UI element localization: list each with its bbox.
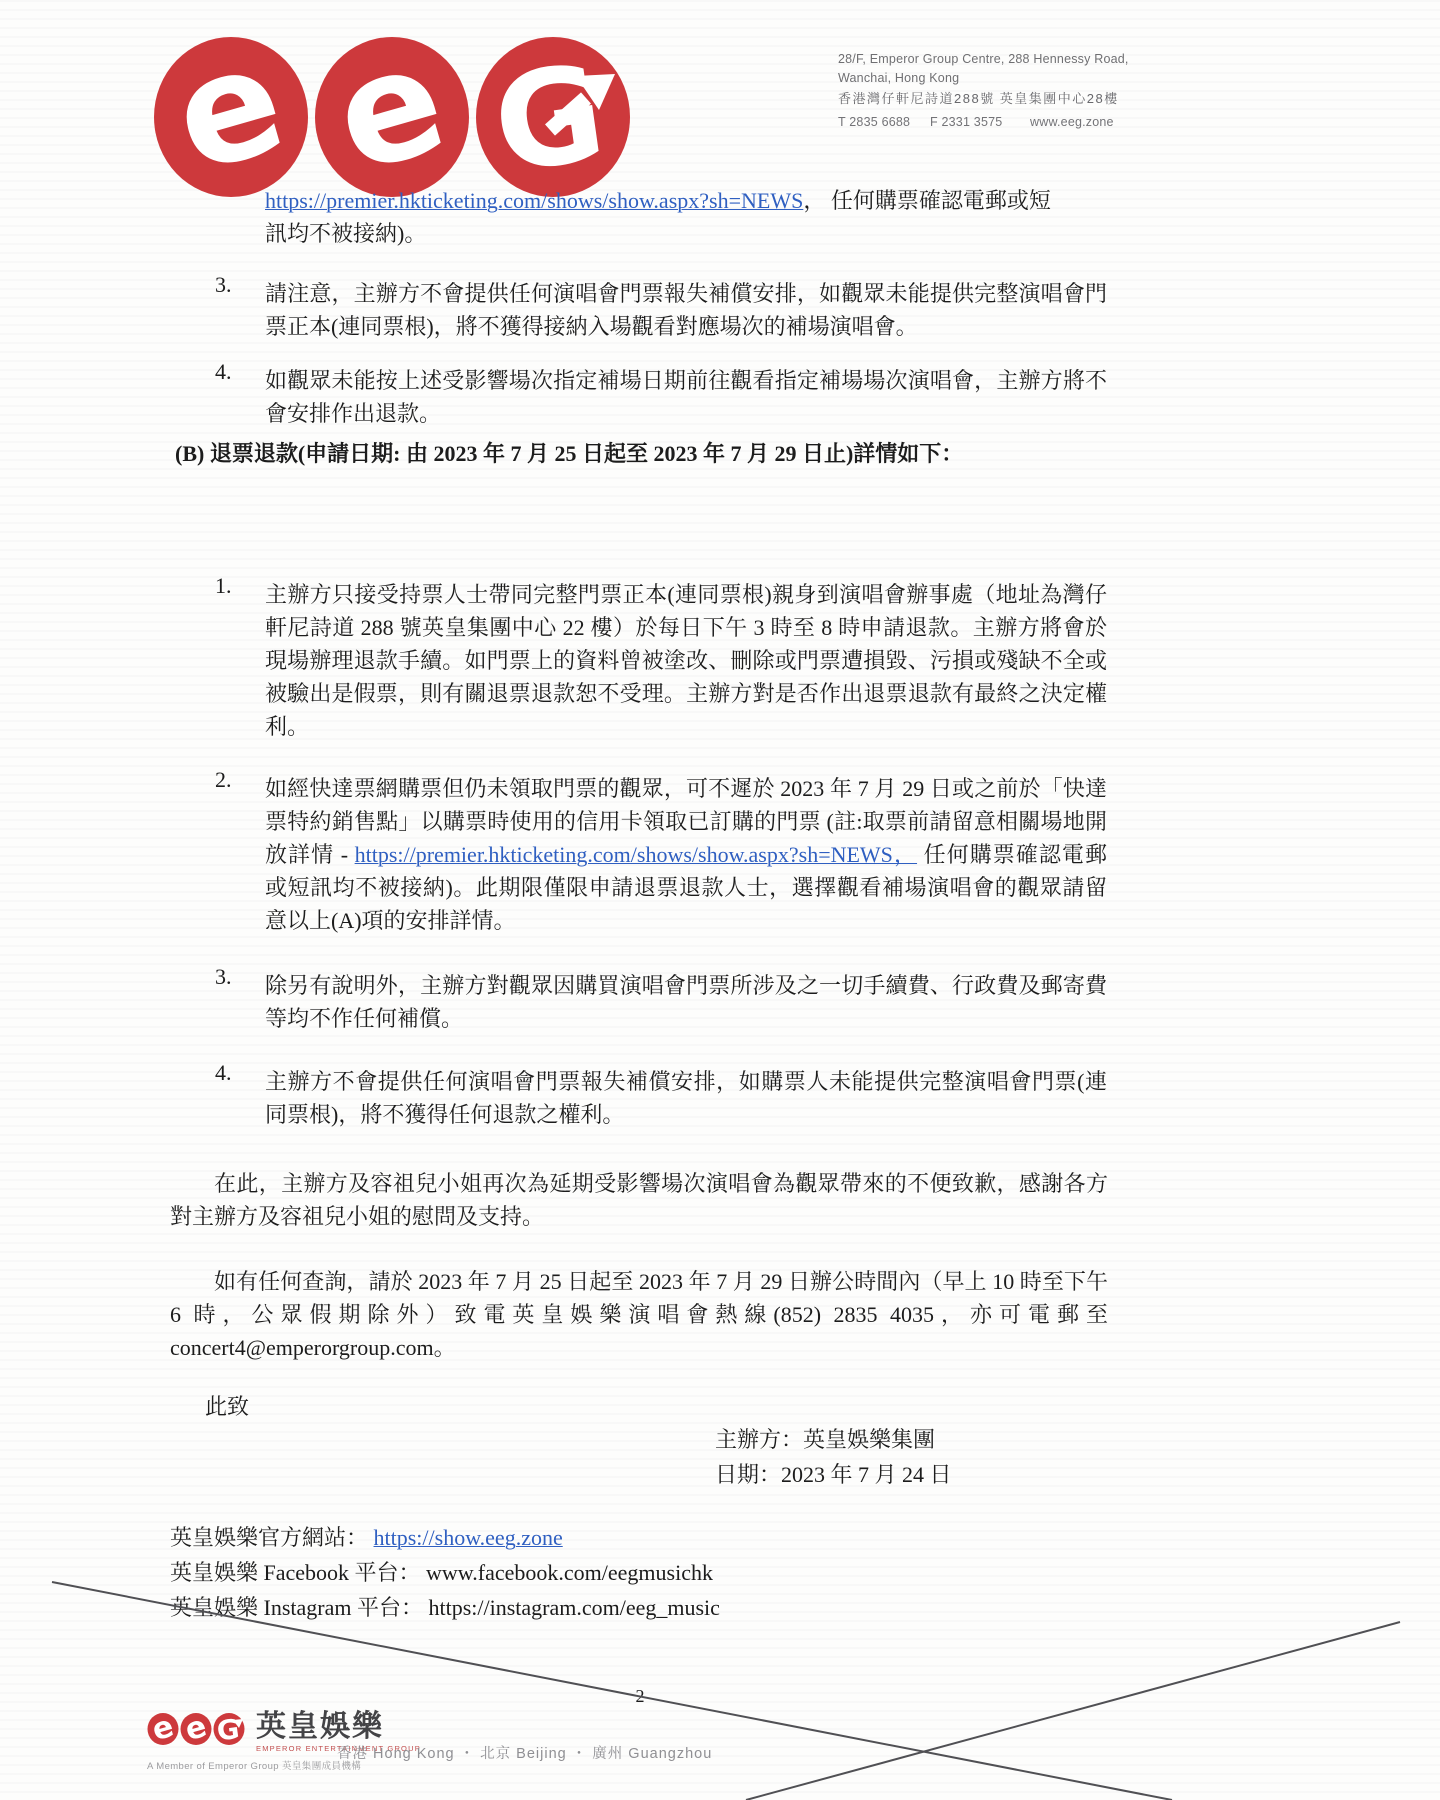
hyperlink-eeg-zone[interactable]: https://show.eeg.zone xyxy=(374,1525,563,1550)
address-line-chinese: 香港灣仔軒尼詩道288號 英皇集團中心28樓 xyxy=(838,89,1138,108)
continuation-text-2: 訊均不被接納)。 xyxy=(265,221,426,246)
eeg-logo-small: e e G xyxy=(147,1712,247,1746)
facebook-url: www.facebook.com/eegmusichk xyxy=(426,1560,713,1585)
instagram-label: 英皇娛樂 Instagram 平台： xyxy=(170,1595,423,1620)
section-b-heading: (B) 退票退款(申請日期: 由 2023 年 7 月 25 日起至 2023 … xyxy=(175,437,1175,470)
letterhead-address: 28/F, Emperor Group Centre, 288 Hennessy… xyxy=(838,50,1138,132)
list-item-b2: 如經快達票網購票但仍未領取門票的觀眾，可不遲於 2023 年 7 月 29 日或… xyxy=(265,772,1107,937)
list-number: 4. xyxy=(215,1056,255,1089)
list-item-a3: 請注意，主辦方不會提供任何演唱會門票報失補償安排，如觀眾未能提供完整演唱會門票正… xyxy=(265,277,1107,343)
signoff-block: 主辦方：英皇娛樂集團 日期：2023 年 7 月 24 日 xyxy=(715,1422,952,1492)
diagonal-line xyxy=(746,1622,1400,1800)
continuation-text-1: ， 任何購票確認電郵或短 xyxy=(803,188,1051,213)
list-item-a4: 如觀眾未能按上述受影響場次指定補場日期前往觀看指定補場場次演唱會，主辦方將不會安… xyxy=(265,364,1107,430)
page-number: 2 xyxy=(620,1686,660,1707)
facebook-label: 英皇娛樂 Facebook 平台： xyxy=(170,1560,421,1585)
list-number: 2. xyxy=(215,763,255,796)
website-url: www.eeg.zone xyxy=(1030,113,1114,132)
instagram-line: 英皇娛樂 Instagram 平台： https://instagram.com… xyxy=(170,1590,720,1625)
closing-paragraph-2: 如有任何查詢，請於 2023 年 7 月 25 日起至 2023 年 7 月 2… xyxy=(170,1265,1108,1364)
address-line-2: Wanchai, Hong Kong xyxy=(838,69,1138,88)
paragraph-continuation: https://premier.hkticketing.com/shows/sh… xyxy=(265,184,1115,250)
list-number: 3. xyxy=(215,268,255,301)
list-number: 1. xyxy=(215,569,255,602)
list-item-b3: 除另有說明外，主辦方對觀眾因購買演唱會門票所涉及之一切手續費、行政費及郵寄費等均… xyxy=(265,969,1107,1035)
official-site-label: 英皇娛樂官方網站： xyxy=(170,1525,374,1550)
hyperlink-hkticketing[interactable]: https://premier.hkticketing.com/shows/sh… xyxy=(265,188,803,213)
address-line-1: 28/F, Emperor Group Centre, 288 Hennessy… xyxy=(838,50,1138,69)
fax-number: F 2331 3575 xyxy=(930,113,1030,132)
salutation: 此致 xyxy=(205,1390,249,1423)
logo-letter-g: G xyxy=(485,36,614,198)
footer-member-line: A Member of Emperor Group 英皇集團成員機構 xyxy=(147,1758,361,1772)
svg-text:G: G xyxy=(215,1714,241,1746)
signoff-organizer: 主辦方：英皇娛樂集團 xyxy=(715,1422,952,1457)
facebook-line: 英皇娛樂 Facebook 平台： www.facebook.com/eegmu… xyxy=(170,1555,713,1590)
official-site-line: 英皇娛樂官方網站： https://show.eeg.zone xyxy=(170,1520,563,1555)
list-item-b1: 主辦方只接受持票人士帶同完整門票正本(連同票根)親身到演唱會辦事處（地址為灣仔軒… xyxy=(265,578,1107,743)
list-number: 3. xyxy=(215,960,255,993)
closing-paragraph-1: 在此，主辦方及容祖兒小姐再次為延期受影響場次演唱會為觀眾帶來的不便致歉，感謝各方… xyxy=(170,1167,1108,1233)
eeg-logo: e e G xyxy=(152,36,638,198)
instagram-url: https://instagram.com/eeg_music xyxy=(428,1595,719,1620)
phone-number: T 2835 6688 xyxy=(838,113,930,132)
footer-brand-chinese: 英皇娛樂 xyxy=(256,1712,421,1742)
footer-cities: 香港 Hong Kong ・ 北京 Beijing ・ 廣州 Guangzhou xyxy=(337,1742,712,1763)
scanned-letter-page: e e G 28/F, Emperor Group Centre, 288 He… xyxy=(0,0,1440,1800)
list-item-b4: 主辦方不會提供任何演唱會門票報失補償安排，如購票人未能提供完整演唱會門票(連同票… xyxy=(265,1065,1107,1131)
list-number: 4. xyxy=(215,355,255,388)
hyperlink-hkticketing-2[interactable]: https://premier.hkticketing.com/shows/sh… xyxy=(355,842,917,867)
signoff-date: 日期：2023 年 7 月 24 日 xyxy=(715,1457,952,1492)
